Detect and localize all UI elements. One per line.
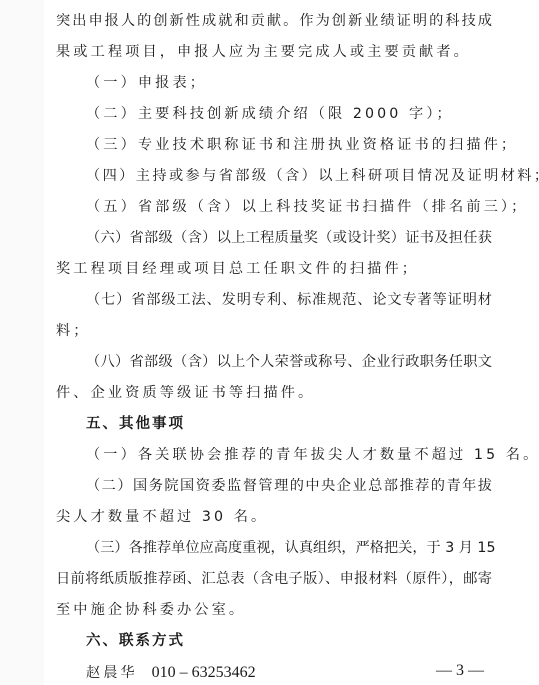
document-page: 突出申报人的创新性成就和贡献。作为创新业绩证明的科技成 果或工程项目，申报人应为… [44, 0, 539, 685]
page-number: — 3 — [436, 662, 484, 680]
document-body: 突出申报人的创新性成就和贡献。作为创新业绩证明的科技成 果或工程项目，申报人应为… [56, 6, 492, 685]
attachment-item-8-line-2: 件、企业资质等级证书等扫描件。 [56, 378, 492, 409]
section-5-item-2-line-1: （二）国务院国资委监督管理的中央企业总部推荐的青年拔 [56, 471, 492, 502]
contact-phone: 010 – 63253462 [152, 664, 256, 681]
attachment-item-7-line-1: （七）省部级工法、发明专利、标准规范、论文专著等证明材 [56, 285, 492, 316]
section-5-item-3-line-3: 至中施企协科委办公室。 [56, 595, 492, 626]
contact-name: 赵晨华 [86, 665, 138, 681]
section-5-item-3-line-1: （三）各推荐单位应高度重视，认真组织，严格把关，于 3 月 15 [56, 533, 492, 564]
attachment-item-2: （二）主要科技创新成绩介绍（限 2000 字）； [56, 99, 492, 130]
attachment-item-6-line-1: （六）省部级（含）以上工程质量奖（或设计奖）证书及担任获 [56, 223, 492, 254]
contact-line: 赵晨华010 – 63253462 [56, 657, 492, 685]
section-5-heading: 五、其他事项 [56, 409, 492, 440]
attachment-item-1: （一）申报表； [56, 68, 492, 99]
section-6-heading: 六、联系方式 [56, 626, 492, 657]
attachment-item-4: （四）主持或参与省部级（含）以上科研项目情况及证明材料； [56, 161, 492, 192]
attachment-item-3: （三）专业技术职称证书和注册执业资格证书的扫描件； [56, 130, 492, 161]
section-5-item-1: （一）各关联协会推荐的青年拔尖人才数量不超过 15 名。 [56, 440, 492, 471]
intro-line-2: 果或工程项目，申报人应为主要完成人或主要贡献者。 [56, 37, 492, 68]
attachment-item-6-line-2: 奖工程项目经理或项目总工任职文件的扫描件； [56, 254, 492, 285]
section-5-item-3-line-2: 日前将纸质版推荐函、汇总表（含电子版）、申报材料（原件），邮寄 [56, 564, 492, 595]
attachment-item-8-line-1: （八）省部级（含）以上个人荣誉或称号、企业行政职务任职文 [56, 347, 492, 378]
page-margin-strip [0, 0, 44, 685]
intro-line-1: 突出申报人的创新性成就和贡献。作为创新业绩证明的科技成 [56, 6, 492, 37]
attachment-item-7-line-2: 料； [56, 316, 492, 347]
attachment-item-5: （五）省部级（含）以上科技奖证书扫描件（排名前三）； [56, 192, 492, 223]
section-5-item-2-line-2: 尖人才数量不超过 30 名。 [56, 502, 492, 533]
